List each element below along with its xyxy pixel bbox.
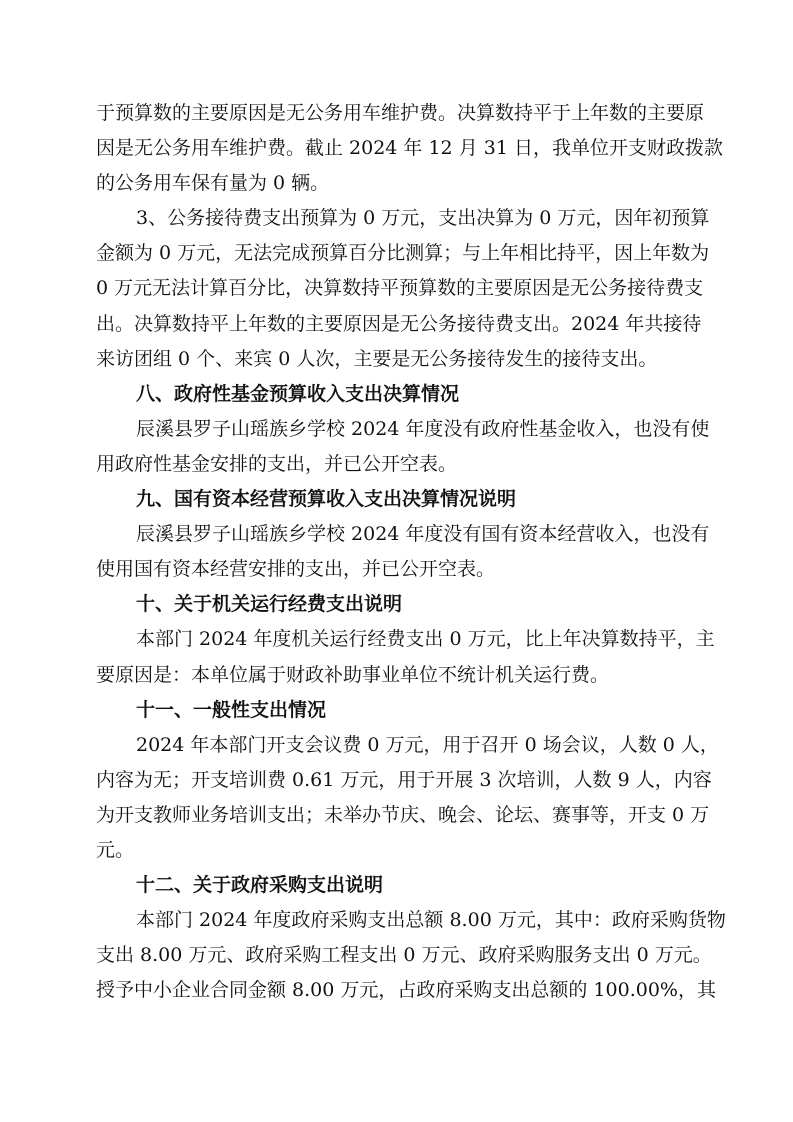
- paragraph-general-expense: 2024 年本部门开支会议费 0 万元，用于召开 0 场会议，人数 0 人， 内…: [96, 728, 698, 868]
- text-line: 来访团组 0 个、来宾 0 人次，主要是无公务接待发生的接待支出。: [96, 342, 698, 377]
- paragraph-reception-expense: 3、公务接待费支出预算为 0 万元，支出决算为 0 万元，因年初预算 金额为 0…: [96, 201, 698, 376]
- text-line: 2024 年本部门开支会议费 0 万元，用于召开 0 场会议，人数 0 人，: [96, 728, 698, 763]
- paragraph-vehicle-continuation: 于预算数的主要原因是无公务用车维护费。决算数持平于上年数的主要原 因是无公务用车…: [96, 96, 698, 201]
- section-heading-8: 八、政府性基金预算收入支出决算情况: [96, 377, 698, 412]
- text-line: 使用国有资本经营安排的支出，并已公开空表。: [96, 552, 698, 587]
- text-line: 出。决算数持平上年数的主要原因是无公务接待费支出。2024 年共接待: [96, 307, 698, 342]
- text-line: 为开支教师业务培训支出；未举办节庆、晚会、论坛、赛事等，开支 0 万: [96, 798, 698, 833]
- text-line: 内容为无；开支培训费 0.61 万元，用于开展 3 次培训，人数 9 人，内容: [96, 763, 698, 798]
- text-line: 于预算数的主要原因是无公务用车维护费。决算数持平于上年数的主要原: [96, 96, 698, 131]
- text-line: 的公务用车保有量为 0 辆。: [96, 166, 698, 201]
- text-line: 本部门 2024 年度政府采购支出总额 8.00 万元，其中：政府采购货物: [96, 903, 698, 938]
- text-line: 用政府性基金安排的支出，并已公开空表。: [96, 447, 698, 482]
- text-line: 元。: [96, 833, 698, 868]
- paragraph-operating-expense: 本部门 2024 年度机关运行经费支出 0 万元，比上年决算数持平，主 要原因是…: [96, 622, 698, 692]
- paragraph-gov-fund: 辰溪县罗子山瑶族乡学校 2024 年度没有政府性基金收入，也没有使 用政府性基金…: [96, 412, 698, 482]
- section-heading-12: 十二、关于政府采购支出说明: [96, 868, 698, 903]
- text-line: 辰溪县罗子山瑶族乡学校 2024 年度没有政府性基金收入，也没有使: [96, 412, 698, 447]
- section-heading-11: 十一、一般性支出情况: [96, 693, 698, 728]
- text-line: 授予中小企业合同金额 8.00 万元，占政府采购支出总额的 100.00%，其: [96, 973, 698, 1008]
- document-page: 于预算数的主要原因是无公务用车维护费。决算数持平于上年数的主要原 因是无公务用车…: [96, 96, 698, 1008]
- text-line: 因是无公务用车维护费。截止 2024 年 12 月 31 日，我单位开支财政拨款: [96, 131, 698, 166]
- paragraph-state-capital: 辰溪县罗子山瑶族乡学校 2024 年度没有国有资本经营收入，也没有 使用国有资本…: [96, 517, 698, 587]
- section-heading-9: 九、国有资本经营预算收入支出决算情况说明: [96, 482, 698, 517]
- text-line: 要原因是：本单位属于财政补助事业单位不统计机关运行费。: [96, 658, 698, 693]
- text-line: 3、公务接待费支出预算为 0 万元，支出决算为 0 万元，因年初预算: [96, 201, 698, 236]
- paragraph-procurement: 本部门 2024 年度政府采购支出总额 8.00 万元，其中：政府采购货物 支出…: [96, 903, 698, 1008]
- text-line: 0 万元无法计算百分比，决算数持平预算数的主要原因是无公务接待费支: [96, 271, 698, 306]
- text-line: 辰溪县罗子山瑶族乡学校 2024 年度没有国有资本经营收入，也没有: [96, 517, 698, 552]
- text-line: 金额为 0 万元，无法完成预算百分比测算；与上年相比持平，因上年数为: [96, 236, 698, 271]
- text-line: 本部门 2024 年度机关运行经费支出 0 万元，比上年决算数持平，主: [96, 622, 698, 657]
- text-line: 支出 8.00 万元、政府采购工程支出 0 万元、政府采购服务支出 0 万元。: [96, 938, 698, 973]
- section-heading-10: 十、关于机关运行经费支出说明: [96, 587, 698, 622]
